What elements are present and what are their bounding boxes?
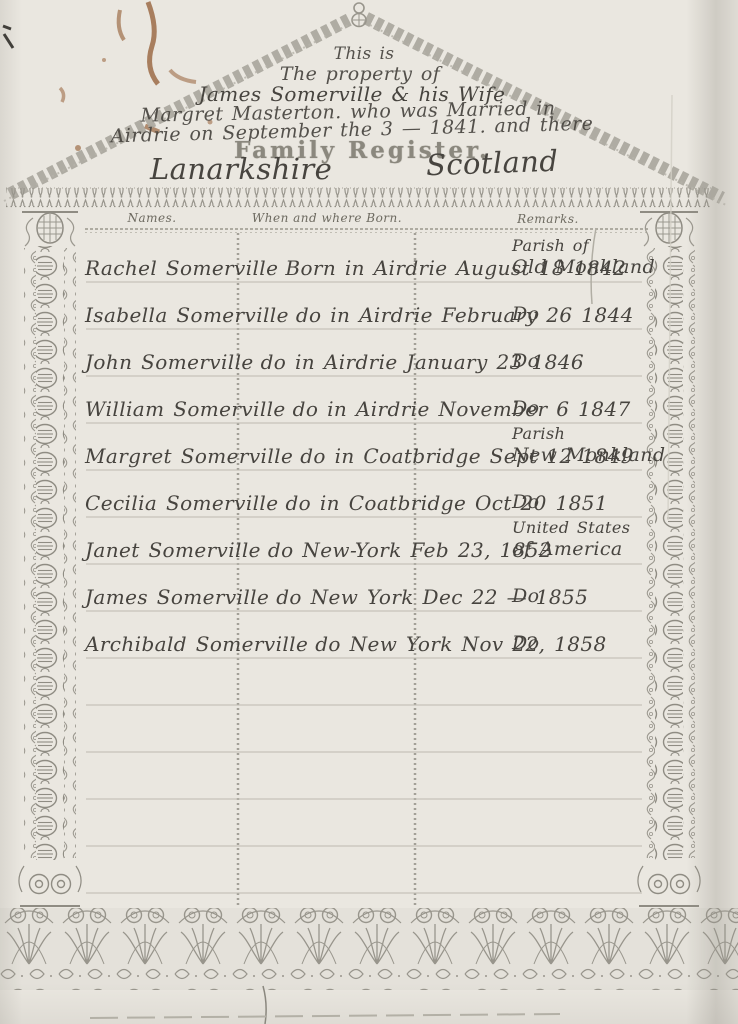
row-born: do New York Nov 22, 1858 — [315, 632, 606, 656]
row-born: do New-York Feb 23, 1852 — [268, 538, 552, 562]
remark-main: Old Monkland — [512, 256, 655, 278]
row-remarks: Parish of Old Monkland — [512, 236, 655, 278]
row-born: do in Airdrie February 26 1844 — [296, 303, 634, 327]
edge-marks — [3, 26, 13, 48]
row-born: do New York Dec 22 — 1855 — [276, 585, 588, 609]
remark-top: United States — [512, 518, 630, 538]
left-column-ornament — [19, 212, 81, 906]
remark-top — [512, 283, 539, 303]
header-born: When and where Born. — [252, 211, 402, 225]
row-name: John Somerville — [85, 350, 254, 374]
remark-top — [512, 612, 539, 632]
row-name: Archibald Somerville — [85, 632, 308, 656]
row-name: Rachel Somerville — [85, 256, 278, 280]
row-born: do in Coatbridge Oct 20 1851 — [285, 491, 608, 515]
remark-main: New Monkland — [512, 444, 665, 466]
remark-top: Parish — [512, 424, 665, 444]
remark-top: Parish of — [512, 236, 655, 256]
row-name: Janet Somerville — [85, 538, 261, 562]
register-row: Isabella Somerville do in Airdrie Februa… — [85, 303, 634, 327]
remark-main: Do — [512, 632, 539, 654]
remark-main: Do — [512, 350, 539, 372]
country-name: Scotland — [425, 144, 558, 183]
remark-top — [512, 330, 539, 350]
row-name: Isabella Somerville — [85, 303, 289, 327]
row-remarks: United States of America — [512, 518, 630, 560]
register-row: Janet Somerville do New-York Feb 23, 185… — [85, 538, 552, 562]
remark-main: Do — [512, 491, 539, 513]
remark-top — [512, 471, 539, 491]
header-names: Names. — [127, 211, 176, 225]
remark-main: Do — [512, 397, 539, 419]
remark-top — [512, 377, 539, 397]
row-born: do in Airdrie November 6 1847 — [293, 397, 631, 421]
remark-top — [512, 565, 539, 585]
register-document-page: This is The property of James Somerville… — [0, 0, 738, 1024]
entablature-band — [6, 188, 712, 207]
header-rule — [85, 229, 648, 233]
row-name: James Somerville — [85, 585, 269, 609]
row-name: William Somerville — [85, 397, 286, 421]
remark-main: Do — [512, 303, 539, 325]
pediment-line-1: This is — [334, 44, 395, 64]
row-name: Margret Somerville — [85, 444, 293, 468]
remark-main: of America — [512, 538, 630, 560]
row-remarks: Do — [512, 471, 539, 513]
county-name: Lanarkshire — [150, 152, 332, 186]
register-row: William Somerville do in Airdrie Novembe… — [85, 397, 631, 421]
right-column-ornament — [638, 212, 700, 906]
row-remarks: Do — [512, 377, 539, 419]
header-remarks: Remarks. — [517, 212, 579, 226]
row-remarks: Do — [512, 283, 539, 325]
register-row: John Somerville do in Airdrie January 23… — [85, 350, 584, 374]
remark-main: Do — [512, 585, 539, 607]
acanthus-frieze — [0, 908, 738, 990]
row-name: Cecilia Somerville — [85, 491, 278, 515]
row-remarks: Parish New Monkland — [512, 424, 665, 466]
row-remarks: Do — [512, 565, 539, 607]
row-remarks: Do — [512, 330, 539, 372]
row-remarks: Do — [512, 612, 539, 654]
